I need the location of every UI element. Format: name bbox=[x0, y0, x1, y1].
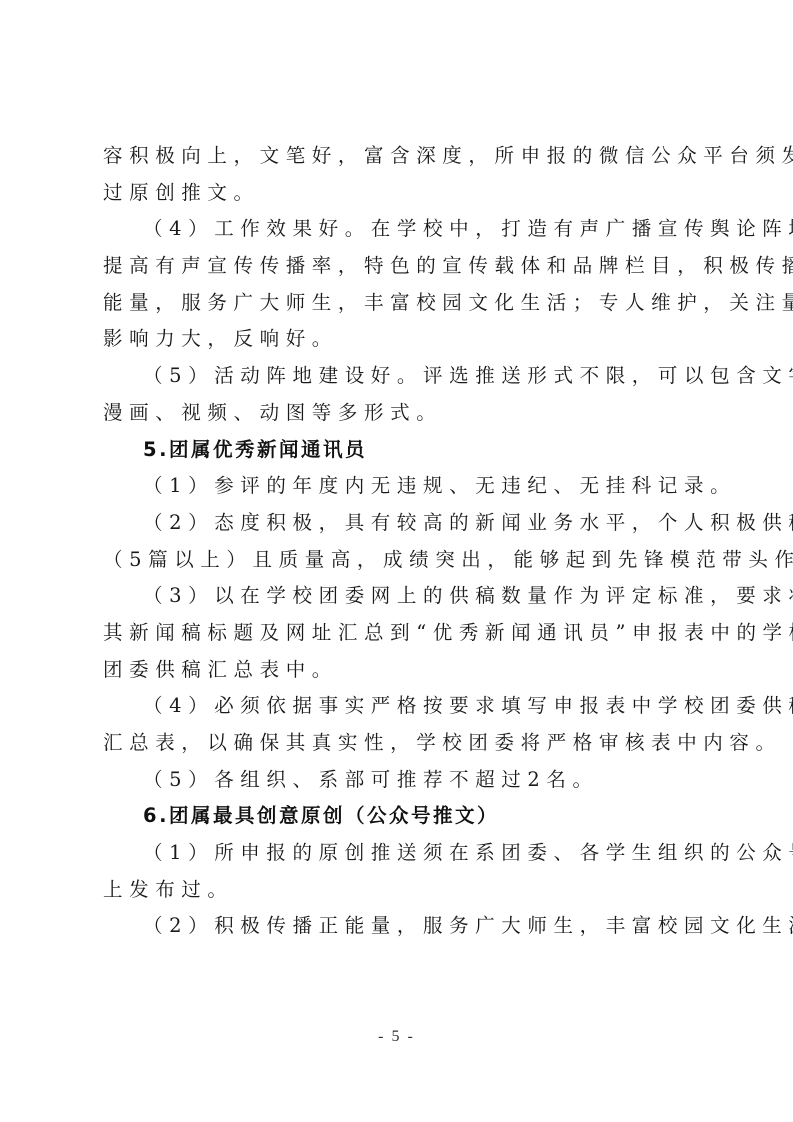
body-line: 容积极向上，文笔好，富含深度，所申报的微信公众平台须发布 bbox=[103, 138, 699, 175]
body-line: （5篇以上）且质量高，成绩突出，能够起到先锋模范带头作用。 bbox=[103, 542, 699, 579]
list-item-line: （1）参评的年度内无违规、无违纪、无挂科记录。 bbox=[103, 468, 699, 505]
section-heading-6: 6.团属最具创意原创（公众号推文） bbox=[103, 798, 699, 835]
list-item-line: （3）以在学校团委网上的供稿数量作为评定标准，要求将 bbox=[103, 578, 699, 615]
list-item-line: （4）工作效果好。在学校中，打造有声广播宣传舆论阵地， bbox=[103, 211, 699, 248]
list-item-line: （1）所申报的原创推送须在系团委、各学生组织的公众号 bbox=[103, 835, 699, 872]
body-line: 其新闻稿标题及网址汇总到“优秀新闻通讯员”申报表中的学校 bbox=[103, 615, 699, 652]
body-line: 过原创推文。 bbox=[103, 175, 699, 212]
list-item-line: （5）活动阵地建设好。评选推送形式不限，可以包含文字、 bbox=[103, 358, 699, 395]
page-number: - 5 - bbox=[0, 1028, 793, 1046]
document-page-body: 容积极向上，文笔好，富含深度，所申报的微信公众平台须发布 过原创推文。 （4）工… bbox=[103, 138, 699, 945]
body-line: 漫画、视频、动图等多形式。 bbox=[103, 395, 699, 432]
body-line: 团委供稿汇总表中。 bbox=[103, 652, 699, 689]
list-item-line: （5）各组织、系部可推荐不超过2名。 bbox=[103, 762, 699, 799]
section-heading-5: 5.团属优秀新闻通讯员 bbox=[103, 432, 699, 469]
body-line: 汇总表，以确保其真实性，学校团委将严格审核表中内容。 bbox=[103, 725, 699, 762]
list-item-line: （2）态度积极，具有较高的新闻业务水平，个人积极供稿 bbox=[103, 505, 699, 542]
body-line: 影响力大，反响好。 bbox=[103, 321, 699, 358]
list-item-line: （4）必须依据事实严格按要求填写申报表中学校团委供稿 bbox=[103, 688, 699, 725]
body-line: 上发布过。 bbox=[103, 872, 699, 909]
list-item-line: （2）积极传播正能量，服务广大师生，丰富校园文化生活。 bbox=[103, 908, 699, 945]
body-line: 提高有声宣传传播率，特色的宣传载体和品牌栏目，积极传播正 bbox=[103, 248, 699, 285]
body-line: 能量，服务广大师生，丰富校园文化生活；专人维护，关注量多， bbox=[103, 285, 699, 322]
